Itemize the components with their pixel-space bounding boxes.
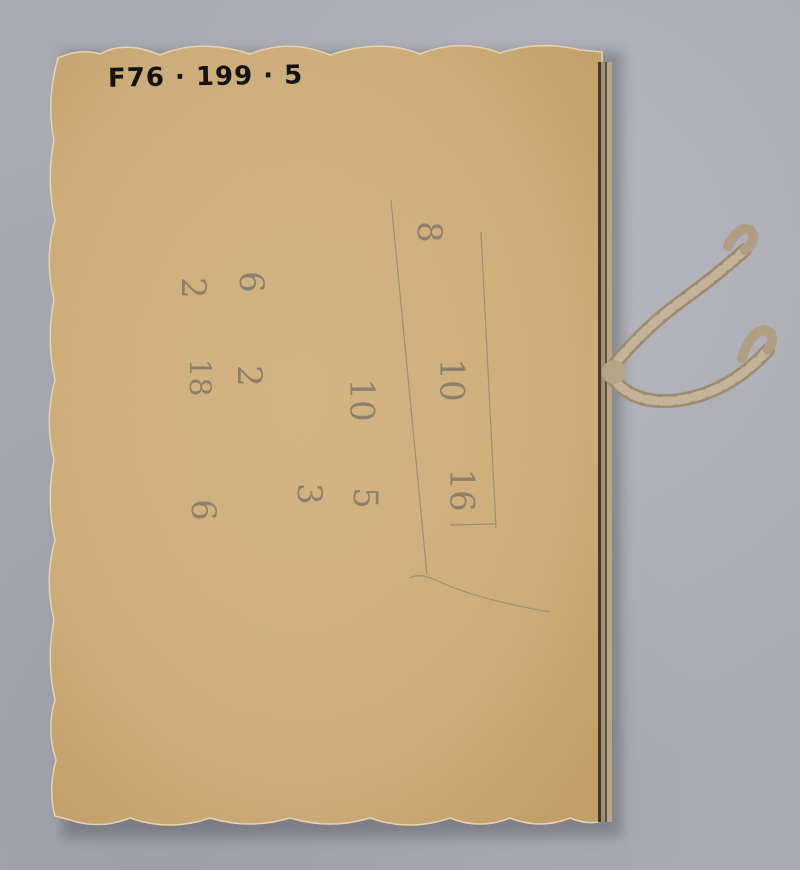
- pencil-mark: 16: [442, 468, 482, 511]
- pencil-mark: 10: [342, 378, 382, 421]
- pencil-mark: 5: [345, 487, 385, 509]
- pencil-mark: 18: [182, 358, 217, 396]
- accession-number-label: F76 · 199 · 5: [108, 60, 304, 93]
- pencil-mark: 6: [231, 271, 271, 293]
- pencil-mark: 6: [183, 499, 223, 521]
- booklet-cover: [0, 0, 800, 870]
- pencil-mark: 2: [173, 277, 213, 299]
- booklet-spine: [598, 62, 612, 822]
- pencil-mark: 3: [289, 483, 329, 505]
- pencil-mark: 10: [432, 358, 472, 401]
- pencil-mark: 8: [409, 221, 449, 243]
- string-tie-loop: [600, 222, 790, 432]
- pencil-mark: 2: [229, 365, 269, 387]
